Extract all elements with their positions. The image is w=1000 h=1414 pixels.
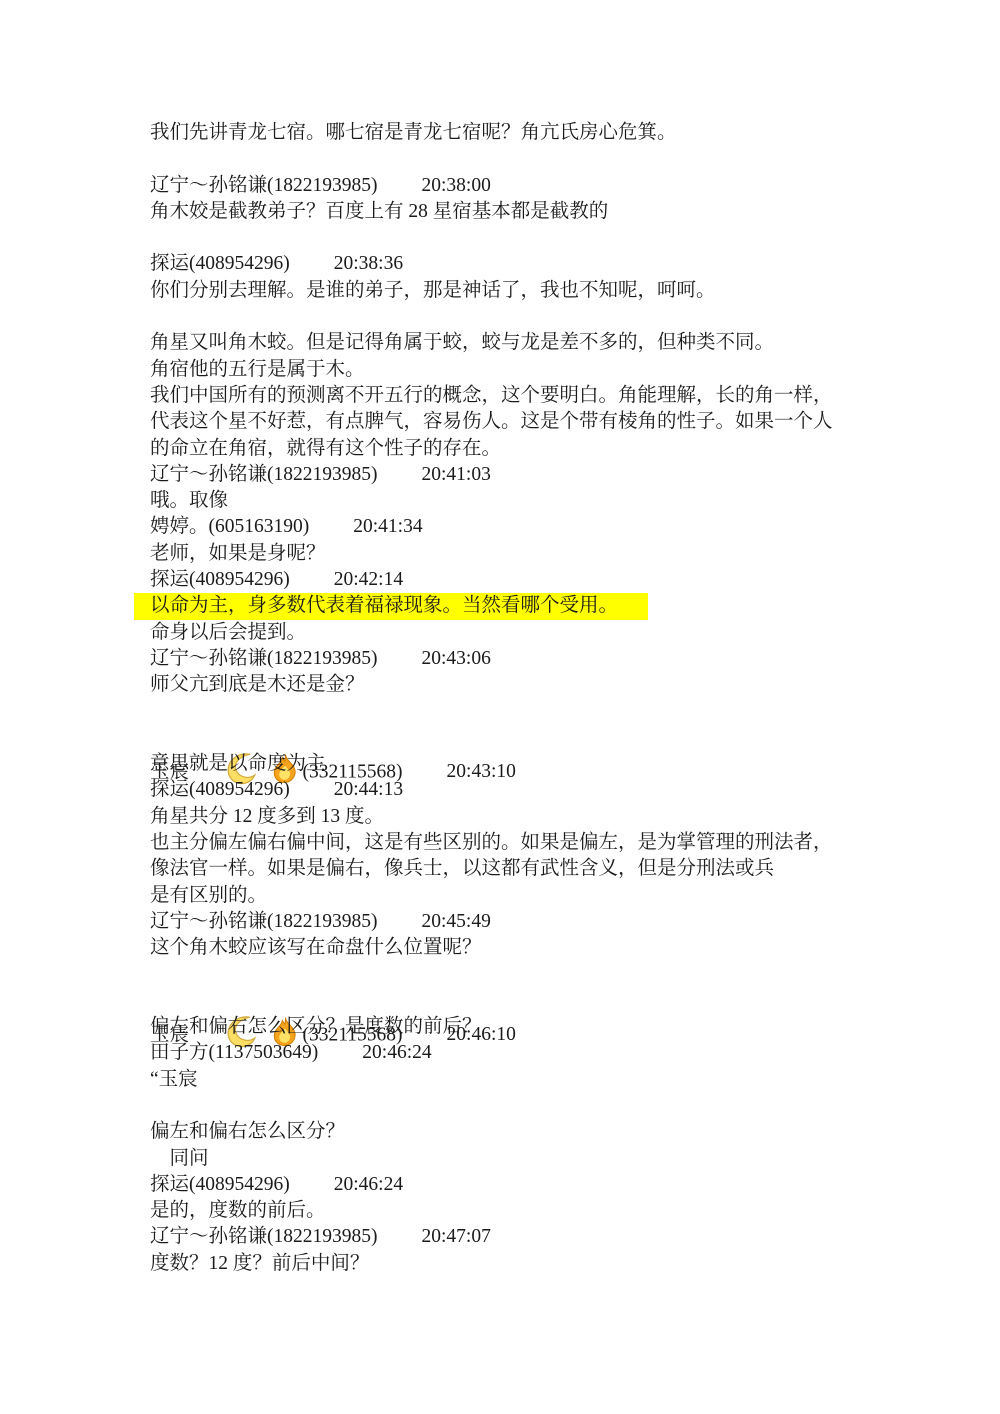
message-text-line: 度数？12 度？前后中间？ bbox=[150, 1251, 870, 1277]
message-text-line: 角木姣是截教弟子？百度上有 28 星宿基本都是截教的 bbox=[150, 199, 870, 225]
message-text: 偏左和偏右怎么区分？是度数的前后？ bbox=[150, 1016, 482, 1037]
blank-line bbox=[150, 1093, 870, 1119]
speaker-name: 探运 bbox=[150, 1174, 189, 1195]
speaker-id: (1822193985) bbox=[267, 648, 378, 669]
message-text: 命身以后会提到。 bbox=[150, 622, 306, 643]
message-text: 哦。取像 bbox=[150, 490, 228, 511]
speaker-header-line: 探运(408954296)20:38:36 bbox=[150, 251, 870, 277]
message-text-line: 同问 bbox=[150, 1146, 870, 1172]
message-text-line: 像法官一样。如果是偏右，像兵士，以这都有武性含义，但是分刑法或兵 bbox=[150, 856, 870, 882]
speaker-name: 辽宁～孙铭谦 bbox=[150, 175, 267, 196]
message-text: 的命立在角宿，就得有这个性子的存在。 bbox=[150, 438, 501, 459]
timestamp: 20:44:13 bbox=[334, 779, 403, 800]
message-text-line: 师父亢到底是木还是金？ bbox=[150, 672, 870, 698]
speaker-header-line: 辽宁～孙铭谦(1822193985)20:45:49 bbox=[150, 909, 870, 935]
speaker-header-line: 探运(408954296)20:46:24 bbox=[150, 1172, 870, 1198]
timestamp: 20:38:00 bbox=[422, 175, 491, 196]
message-text: 是有区别的。 bbox=[150, 885, 267, 906]
blank-line bbox=[150, 146, 870, 172]
speaker-name: 辽宁～孙铭谦 bbox=[150, 911, 267, 932]
message-text: 师父亢到底是木还是金？ bbox=[150, 674, 365, 695]
message-text: 也主分偏左偏右偏中间，这是有些区别的。如果是偏左，是为掌管理的刑法者， bbox=[150, 832, 833, 853]
message-text: 意思就是以命度为主 bbox=[150, 753, 326, 774]
speaker-id: (1822193985) bbox=[267, 1226, 378, 1247]
speaker-name: 田子方 bbox=[150, 1042, 209, 1063]
speaker-header-line: 辽宁～孙铭谦(1822193985)20:43:06 bbox=[150, 646, 870, 672]
timestamp: 20:46:24 bbox=[334, 1174, 403, 1195]
message-text: 偏左和偏右怎么区分？ bbox=[150, 1121, 345, 1142]
timestamp: 20:43:06 bbox=[422, 648, 491, 669]
message-text: 度数？12 度？前后中间？ bbox=[150, 1253, 369, 1274]
speaker-id: (1822193985) bbox=[267, 911, 378, 932]
message-text-line: 老师，如果是身呢？ bbox=[150, 541, 870, 567]
message-text-line: 偏左和偏右怎么区分？ bbox=[150, 1119, 870, 1145]
speaker-id: (1822193985) bbox=[267, 464, 378, 485]
message-text-line: 代表这个星不好惹，有点脾气，容易伤人。这是个带有棱角的性子。如果一个人 bbox=[150, 409, 870, 435]
speaker-id: (408954296) bbox=[189, 1174, 290, 1195]
speaker-name: 探运 bbox=[150, 779, 189, 800]
message-text: 角木姣是截教弟子？百度上有 28 星宿基本都是截教的 bbox=[150, 201, 608, 222]
timestamp: 20:47:07 bbox=[422, 1226, 491, 1247]
timestamp: 20:45:49 bbox=[422, 911, 491, 932]
timestamp: 20:43:10 bbox=[447, 761, 516, 782]
message-text-line: 我们先讲青龙七宿。哪七宿是青龙七宿呢？角亢氏房心危箕。 bbox=[150, 120, 870, 146]
timestamp: 20:41:03 bbox=[422, 464, 491, 485]
message-text-line: 的命立在角宿，就得有这个性子的存在。 bbox=[150, 436, 870, 462]
speaker-header-line: 辽宁～孙铭谦(1822193985)20:41:03 bbox=[150, 462, 870, 488]
message-text: 我们中国所有的预测离不开五行的概念，这个要明白。角能理解，长的角一样， bbox=[150, 385, 833, 406]
speaker-id: (605163190) bbox=[209, 516, 310, 537]
timestamp: 20:46:24 bbox=[362, 1042, 431, 1063]
speaker-id: (408954296) bbox=[189, 779, 290, 800]
blank-line bbox=[150, 304, 870, 330]
speaker-name: 辽宁～孙铭谦 bbox=[150, 464, 267, 485]
message-text: 同问 bbox=[150, 1148, 209, 1169]
document-page: 我们先讲青龙七宿。哪七宿是青龙七宿呢？角亢氏房心危箕。辽宁～孙铭谦(182219… bbox=[0, 0, 1000, 1414]
message-text: 角宿他的五行是属于木。 bbox=[150, 359, 365, 380]
speaker-header-line: 娉婷。(605163190)20:41:34 bbox=[150, 514, 870, 540]
message-text: 角星共分 12 度多到 13 度。 bbox=[150, 806, 384, 827]
blank-line bbox=[150, 699, 870, 725]
message-text: 这个角木蛟应该写在命盘什么位置呢？ bbox=[150, 937, 482, 958]
message-text-line: 我们中国所有的预测离不开五行的概念，这个要明白。角能理解，长的角一样， bbox=[150, 383, 870, 409]
message-text-line: 是有区别的。 bbox=[150, 883, 870, 909]
message-text: 我们先讲青龙七宿。哪七宿是青龙七宿呢？角亢氏房心危箕。 bbox=[150, 122, 677, 143]
speaker-name: 辽宁～孙铭谦 bbox=[150, 648, 267, 669]
message-text: 代表这个星不好惹，有点脾气，容易伤人。这是个带有棱角的性子。如果一个人 bbox=[150, 411, 833, 432]
message-text: 像法官一样。如果是偏右，像兵士，以这都有武性含义，但是分刑法或兵 bbox=[150, 858, 774, 879]
blank-line bbox=[150, 225, 870, 251]
timestamp: 20:42:14 bbox=[334, 569, 403, 590]
speaker-header-line: 玉宸 (332115568)20:46:10 bbox=[150, 988, 870, 1014]
message-text-line: “玉宸 bbox=[150, 1067, 870, 1093]
speaker-name: 探运 bbox=[150, 253, 189, 274]
message-text-line: 你们分别去理解。是谁的弟子，那是神话了，我也不知呢，呵呵。 bbox=[150, 278, 870, 304]
message-text: 是的，度数的前后。 bbox=[150, 1200, 326, 1221]
speaker-id: (408954296) bbox=[189, 253, 290, 274]
message-text-line: 是的，度数的前后。 bbox=[150, 1198, 870, 1224]
speaker-id: (1822193985) bbox=[267, 175, 378, 196]
blank-line bbox=[150, 962, 870, 988]
message-text: 老师，如果是身呢？ bbox=[150, 543, 326, 564]
message-text: 你们分别去理解。是谁的弟子，那是神话了，我也不知呢，呵呵。 bbox=[150, 280, 716, 301]
highlighted-text: 以命为主，身多数代表着福禄现象。当然看哪个受用。 bbox=[134, 593, 648, 619]
timestamp: 20:41:34 bbox=[353, 516, 422, 537]
speaker-header-line: 辽宁～孙铭谦(1822193985)20:38:00 bbox=[150, 173, 870, 199]
message-text-line: 命身以后会提到。 bbox=[150, 620, 870, 646]
speaker-name: 娉婷。 bbox=[150, 516, 209, 537]
message-text-line: 角宿他的五行是属于木。 bbox=[150, 357, 870, 383]
speaker-header-line: 辽宁～孙铭谦(1822193985)20:47:07 bbox=[150, 1224, 870, 1250]
speaker-id: (1137503649) bbox=[209, 1042, 319, 1063]
speaker-name: 辽宁～孙铭谦 bbox=[150, 1226, 267, 1247]
speaker-header-line: 玉宸 (332115568)20:43:10 bbox=[150, 725, 870, 751]
speaker-header-line: 探运(408954296)20:42:14 bbox=[150, 567, 870, 593]
message-text-line: 角星共分 12 度多到 13 度。 bbox=[150, 804, 870, 830]
message-text: “玉宸 bbox=[150, 1069, 198, 1090]
message-text-line: 角星又叫角木蛟。但是记得角属于蛟，蛟与龙是差不多的，但种类不同。 bbox=[150, 330, 870, 356]
message-text: 角星又叫角木蛟。但是记得角属于蛟，蛟与龙是差不多的，但种类不同。 bbox=[150, 332, 774, 353]
speaker-name: 探运 bbox=[150, 569, 189, 590]
highlighted-message-line: 以命为主，身多数代表着福禄现象。当然看哪个受用。 bbox=[150, 593, 870, 619]
timestamp: 20:38:36 bbox=[334, 253, 403, 274]
speaker-id: (408954296) bbox=[189, 569, 290, 590]
message-text-line: 这个角木蛟应该写在命盘什么位置呢？ bbox=[150, 935, 870, 961]
message-text-line: 哦。取像 bbox=[150, 488, 870, 514]
message-text-line: 也主分偏左偏右偏中间，这是有些区别的。如果是偏左，是为掌管理的刑法者， bbox=[150, 830, 870, 856]
